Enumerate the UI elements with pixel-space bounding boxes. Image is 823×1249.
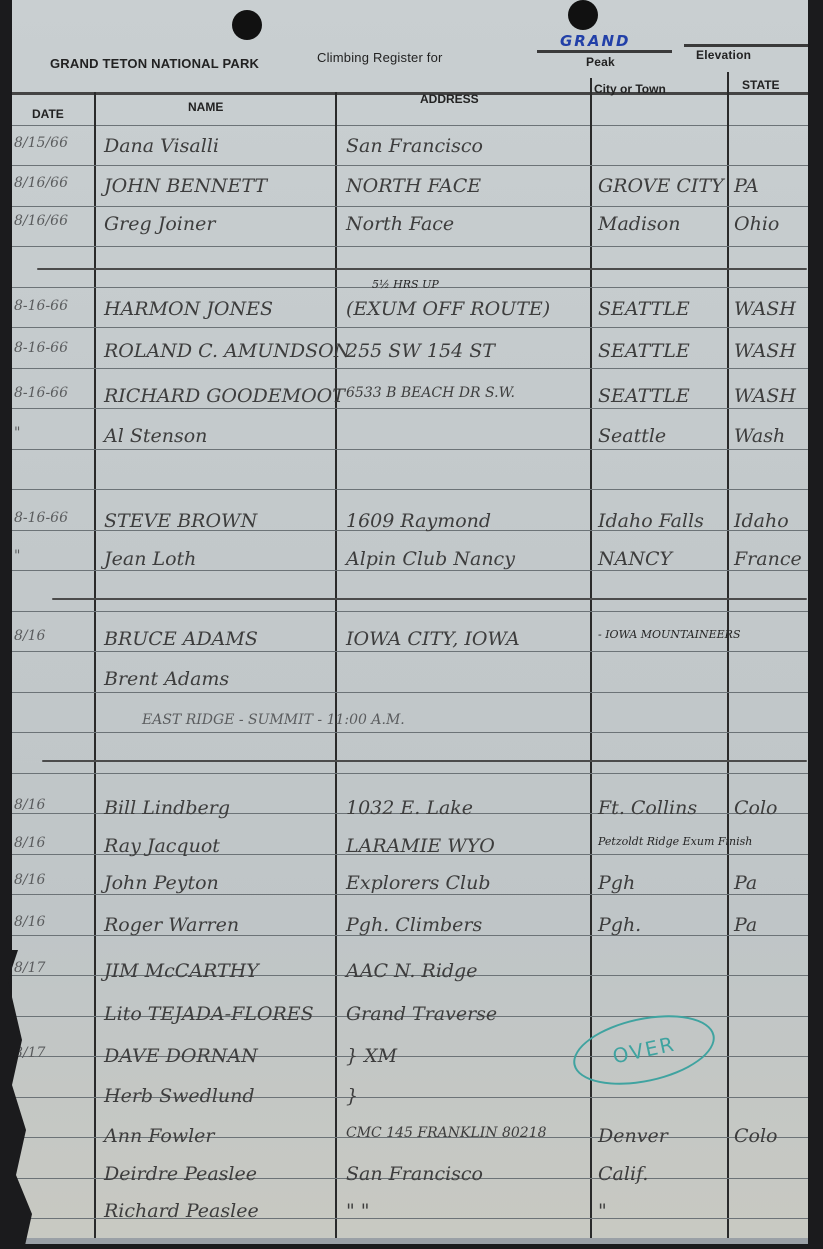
entry-date: 8/15/66	[14, 135, 68, 151]
entry-city: Ft. Collins	[598, 797, 697, 819]
entry-address: }	[346, 1085, 358, 1107]
entry-date: "	[14, 548, 20, 564]
entry-city: SEATTLE	[598, 340, 690, 362]
ruled-line	[12, 327, 808, 328]
ruled-line	[12, 773, 808, 774]
group-separator	[42, 760, 807, 762]
ruled-line	[12, 611, 808, 612]
entry-city: "	[598, 1200, 607, 1222]
entry-state: Pa	[734, 872, 757, 894]
ruled-line	[12, 651, 808, 652]
register-label: Climbing Register for	[317, 50, 443, 65]
entry-date: 8/16	[14, 914, 45, 930]
entry-name: Dana Visalli	[104, 135, 219, 157]
entry-city: Pgh.	[598, 914, 641, 936]
entry-address: 1609 Raymond	[346, 510, 491, 532]
entry-city: NANCY	[598, 548, 672, 570]
entry-address: Alpin Club Nancy	[346, 548, 515, 570]
entry-city: SEATTLE	[598, 385, 690, 407]
ruled-line	[12, 489, 808, 490]
entry-date: 8/16	[14, 872, 45, 888]
entry-name: Roger Warren	[104, 914, 239, 936]
entry-date: 8/17	[14, 960, 45, 976]
entry-state: PA	[734, 175, 759, 197]
ruled-line	[12, 206, 808, 207]
entry-city: Seattle	[598, 425, 666, 447]
entry-state: Colo	[734, 797, 778, 819]
entry-address: LARAMIE WYO	[346, 835, 495, 857]
entry-city: Idaho Falls	[598, 510, 704, 532]
entry-state: WASH	[734, 298, 796, 320]
entry-state: Ohio	[734, 213, 779, 235]
entry-address: San Francisco	[346, 135, 483, 157]
entry-state: Idaho	[734, 510, 789, 532]
ruled-line	[12, 165, 808, 166]
entry-address: NORTH FACE	[346, 175, 481, 197]
entry-address: IOWA CITY, IOWA	[346, 628, 520, 650]
entry-city: Calif.	[598, 1163, 648, 1185]
entry-date: 8/16	[14, 797, 45, 813]
entry-state: Wash	[734, 425, 785, 447]
entry-name: John Peyton	[104, 872, 219, 894]
entry-city: - IOWA MOUNTAINEERS	[598, 628, 740, 641]
binder-hole	[568, 0, 598, 30]
entry-address: Grand Traverse	[346, 1003, 497, 1025]
col-date: DATE	[32, 107, 64, 121]
entry-date: 8/16	[14, 628, 45, 644]
entry-state: France	[734, 548, 802, 570]
col-name: NAME	[188, 100, 223, 114]
entry-address: 6533 B BEACH DR S.W.	[346, 385, 515, 401]
peak-label: Peak	[586, 55, 615, 69]
group-separator	[52, 598, 807, 600]
entry-name: Greg Joiner	[104, 213, 215, 235]
entry-address: } XM	[346, 1045, 397, 1067]
entry-name: JIM McCARTHY	[104, 960, 259, 982]
column-divider	[335, 92, 337, 1238]
col-city: City or Town	[594, 82, 666, 96]
entry-name: Deirdre Peaslee	[104, 1163, 257, 1185]
entry-address: San Francisco	[346, 1163, 483, 1185]
entry-date: 8-16-66	[14, 385, 68, 401]
ruled-line	[12, 368, 808, 369]
entry-name: Lito TEJADA-FLORES	[104, 1003, 314, 1025]
entry-date: 8/16/66	[14, 175, 68, 191]
entry-name: Ann Fowler	[104, 1125, 214, 1147]
header-rule	[12, 92, 808, 95]
entry-name: DAVE DORNAN	[104, 1045, 258, 1067]
climbing-register-page: GRAND TETON NATIONAL PARK Climbing Regis…	[12, 0, 808, 1244]
entry-address: (EXUM OFF ROUTE)	[346, 298, 550, 320]
entry-name: Brent Adams	[104, 668, 229, 690]
entry-city: Madison	[598, 213, 680, 235]
entry-name: Bill Lindberg	[104, 797, 230, 819]
ruled-line	[12, 408, 808, 409]
entry-name: Richard Peaslee	[104, 1200, 259, 1222]
park-name: GRAND TETON NATIONAL PARK	[50, 56, 259, 71]
entry-state: Colo	[734, 1125, 778, 1147]
entry-name: Ray Jacquot	[104, 835, 220, 857]
over-stamp-text: OVER	[610, 1032, 677, 1069]
entry-city: Petzoldt Ridge Exum Finish	[598, 835, 752, 848]
entry-state: Pa	[734, 914, 757, 936]
entry-date: 8/16/66	[14, 213, 68, 229]
entry-name: BRUCE ADAMS	[104, 628, 258, 650]
entry-name: Jean Loth	[104, 548, 196, 570]
entry-date: 8/16	[14, 835, 45, 851]
entry-date: "	[14, 425, 20, 441]
column-header-rule	[12, 125, 808, 126]
entry-date: 8-16-66	[14, 340, 68, 356]
entry-address: Explorers Club	[346, 872, 490, 894]
ruled-line	[12, 449, 808, 450]
entry-name: Herb Swedlund	[104, 1085, 255, 1107]
entry-name: EAST RIDGE - SUMMIT - 11:00 A.M.	[142, 712, 405, 728]
entry-name: Al Stenson	[104, 425, 207, 447]
ruled-line	[12, 732, 808, 733]
entry-city: SEATTLE	[598, 298, 690, 320]
ruled-line	[12, 894, 808, 895]
peak-rule	[537, 50, 672, 53]
entry-address: CMC 145 FRANKLIN 80218	[346, 1125, 547, 1141]
group-separator	[37, 268, 807, 270]
entry-address: 255 SW 154 ST	[346, 340, 495, 362]
entry-address: AAC N. Ridge	[346, 960, 477, 982]
entry-address-note: 5½ HRS UP	[372, 278, 439, 291]
column-divider	[94, 92, 96, 1238]
entry-name: JOHN BENNETT	[104, 175, 267, 197]
entry-address: " "	[346, 1200, 370, 1222]
entry-city: Denver	[598, 1125, 668, 1147]
entry-address: North Face	[346, 213, 454, 235]
col-state: STATE	[742, 78, 780, 92]
ruled-line	[12, 570, 808, 571]
entry-name: ROLAND C. AMUNDSON	[104, 340, 350, 362]
entry-state: WASH	[734, 340, 796, 362]
entry-address: 1032 E. Lake	[346, 797, 473, 819]
peak-value: GRAND	[560, 32, 630, 50]
entry-name: HARMON JONES	[104, 298, 273, 320]
col-address: ADDRESS	[420, 92, 479, 106]
ruled-line	[12, 692, 808, 693]
elevation-label: Elevation	[696, 48, 751, 62]
entry-state: WASH	[734, 385, 796, 407]
entry-date: 8-16-66	[14, 510, 68, 526]
elevation-rule	[684, 44, 808, 47]
binder-hole	[232, 10, 262, 40]
entry-city: GROVE CITY	[598, 175, 724, 197]
entry-name: STEVE BROWN	[104, 510, 257, 532]
entry-address: Pgh. Climbers	[346, 914, 482, 936]
entry-city: Pgh	[598, 872, 635, 894]
ruled-line	[12, 246, 808, 247]
entry-name: RICHARD GOODEMOOT	[104, 385, 345, 407]
entry-date: 8-16-66	[14, 298, 68, 314]
